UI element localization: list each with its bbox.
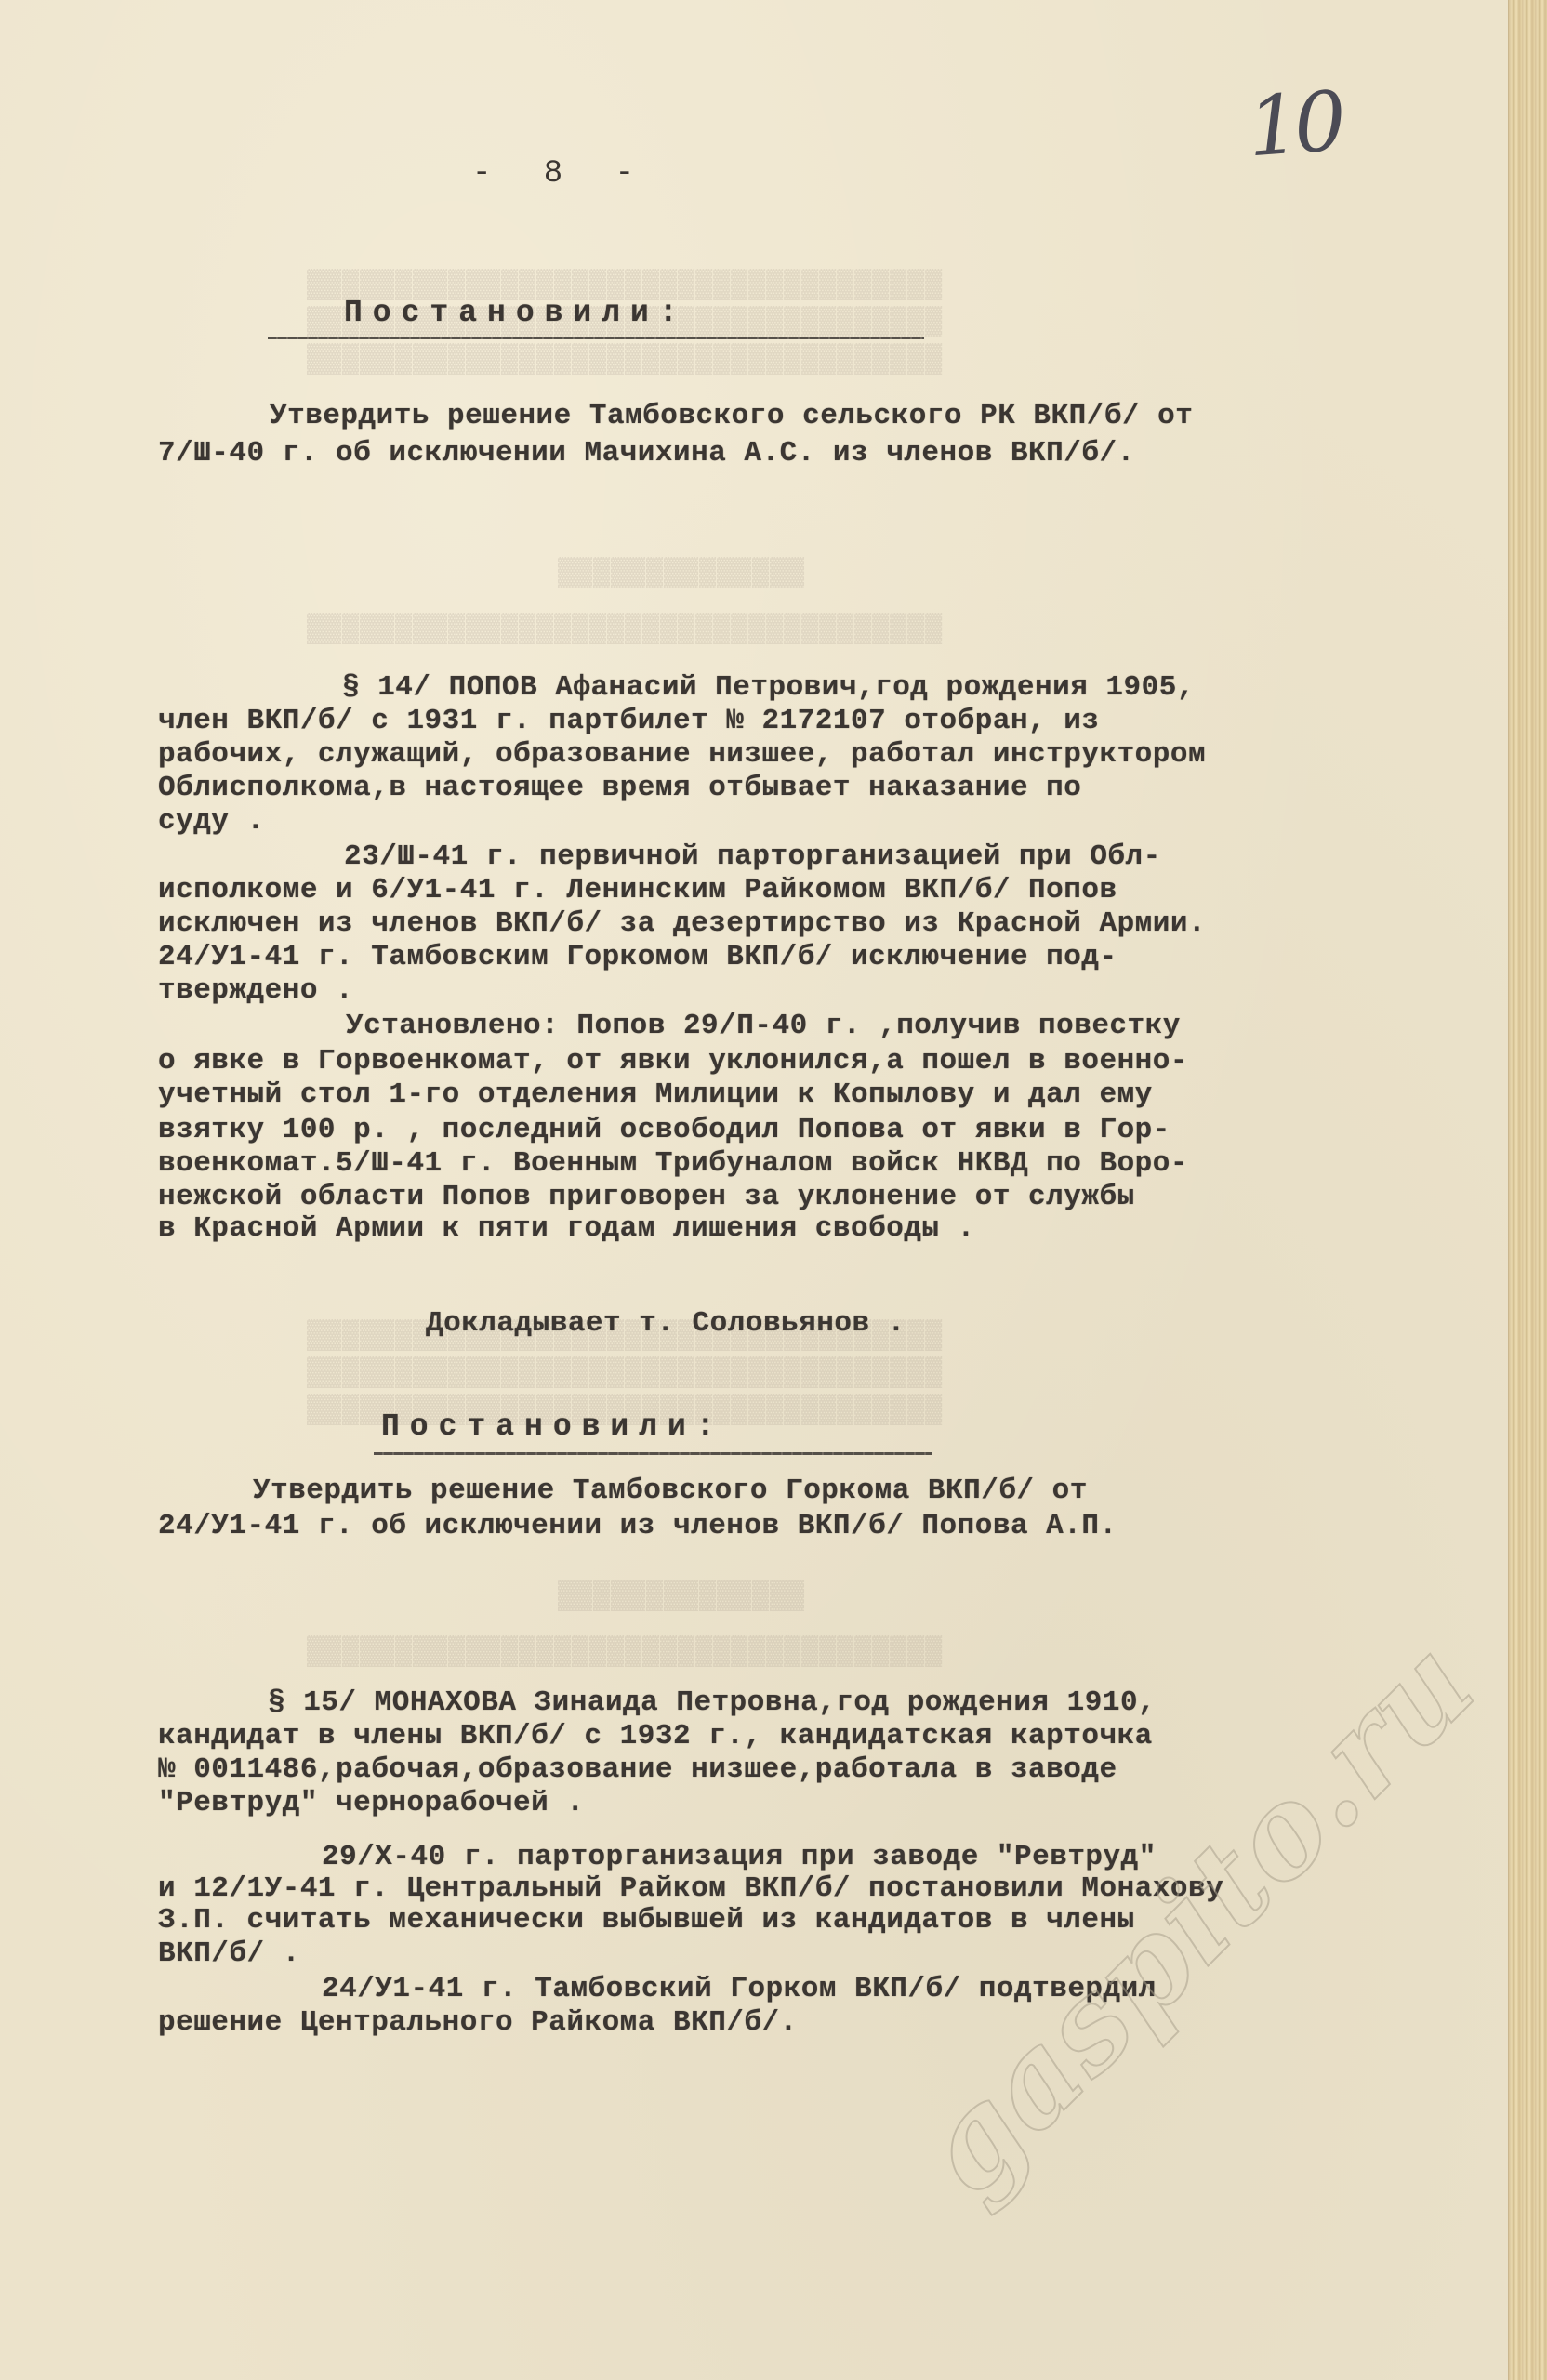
case-line: ВКП/б/ . (158, 1939, 300, 1969)
case-line: суду . (158, 807, 265, 837)
case-line: Облисполкома,в настоящее время отбывает … (158, 773, 1081, 803)
case-line: 24/У1-41 г. Тамбовским Горкомом ВКП/б/ и… (158, 943, 1117, 972)
reporter-line: Докладывает т. Соловьянов . (426, 1309, 906, 1339)
resolution-heading: Постановили: (344, 296, 688, 330)
case-line: о явке в Горвоенкомат, от явки уклонился… (158, 1047, 1188, 1077)
heading-underline (268, 337, 924, 339)
resolution-line: 24/У1-41 г. об исключении из членов ВКП/… (158, 1512, 1117, 1541)
case-line: № 0011486,рабочая,образование низшее,раб… (158, 1755, 1117, 1785)
case-line: взятку 100 р. , последний освободил Попо… (158, 1116, 1170, 1145)
case-line: в Красной Армии к пяти годам лишения сво… (158, 1214, 975, 1244)
resolution-line: 7/Ш-40 г. об исключении Мачихина А.С. из… (158, 439, 1135, 469)
case-line: тверждено . (158, 976, 353, 1006)
case-line: военкомат.5/Ш-41 г. Военным Трибуналом в… (158, 1149, 1188, 1179)
bleed-through-text: ▓▓▓▓▓▓▓▓▓▓▓▓▓▓▓▓▓▓▓▓▓▓▓▓▓▓▓▓▓▓▓▓▓▓▓▓ (307, 1636, 943, 1668)
heading-underline (374, 1452, 932, 1455)
bleed-through-text: ▓▓▓▓▓▓▓▓▓▓▓▓▓▓▓▓▓▓▓▓▓▓▓▓▓▓▓▓▓▓▓▓▓▓▓▓ (307, 1357, 943, 1389)
case-line: кандидат в члены ВКП/б/ с 1932 г., канди… (158, 1722, 1153, 1752)
resolution-line: Утвердить решение Тамбовского сельского … (270, 402, 1193, 431)
case-line: нежской области Попов приговорен за укло… (158, 1183, 1135, 1212)
page-edge (1508, 0, 1547, 2380)
archive-sheet-number: 10 (1245, 73, 1344, 176)
resolution-heading: Постановили: (381, 1409, 725, 1444)
case-line: исключен из членов ВКП/б/ за дезертирств… (158, 909, 1206, 939)
case-line: § 15/ МОНАХОВА Зинаида Петровна,год рожд… (268, 1688, 1156, 1718)
case-line: учетный стол 1-го отделения Милиции к Ко… (158, 1080, 1153, 1110)
resolution-line: Утвердить решение Тамбовского Горкома ВК… (253, 1476, 1088, 1506)
case-line: § 14/ ПОПОВ Афанасий Петрович,год рожден… (342, 673, 1195, 703)
case-line: и 12/1У-41 г. Центральный Райком ВКП/б/ … (158, 1874, 1223, 1904)
bleed-through-text: ▓▓▓▓▓▓▓▓▓▓▓▓▓▓▓▓▓▓▓▓▓▓▓▓▓▓▓▓▓▓▓▓▓▓▓▓ (307, 344, 943, 376)
bleed-through-text: ▓▓▓▓▓▓▓▓▓▓▓▓▓▓ (558, 558, 805, 589)
bleed-through-text: ▓▓▓▓▓▓▓▓▓▓▓▓▓▓ (558, 1580, 805, 1612)
case-line: член ВКП/б/ с 1931 г. партбилет № 217210… (158, 707, 1099, 736)
page-number: - 8 - (472, 156, 651, 192)
case-line: 23/Ш-41 г. первичной парторганизацией пр… (344, 842, 1161, 872)
case-line: исполкоме и 6/У1-41 г. Ленинским Райкомо… (158, 876, 1117, 906)
case-line: "Ревтруд" чернорабочей . (158, 1789, 584, 1818)
bleed-through-text: ▓▓▓▓▓▓▓▓▓▓▓▓▓▓▓▓▓▓▓▓▓▓▓▓▓▓▓▓▓▓▓▓▓▓▓▓ (307, 614, 943, 645)
case-line: решение Центрального Райкома ВКП/б/. (158, 2008, 798, 2038)
document-page: ▓▓▓▓▓▓▓▓▓▓▓▓▓▓▓▓▓▓▓▓▓▓▓▓▓▓▓▓▓▓▓▓▓▓▓▓ ▓▓▓… (0, 0, 1508, 2380)
case-line: рабочих, служащий, образование низшее, р… (158, 740, 1206, 770)
case-line: З.П. считать механически выбывшей из кан… (158, 1906, 1135, 1936)
case-line: 29/Х-40 г. парторганизация при заводе "Р… (322, 1843, 1157, 1872)
case-line: Установлено: Попов 29/П-40 г. ,получив п… (346, 1011, 1181, 1041)
